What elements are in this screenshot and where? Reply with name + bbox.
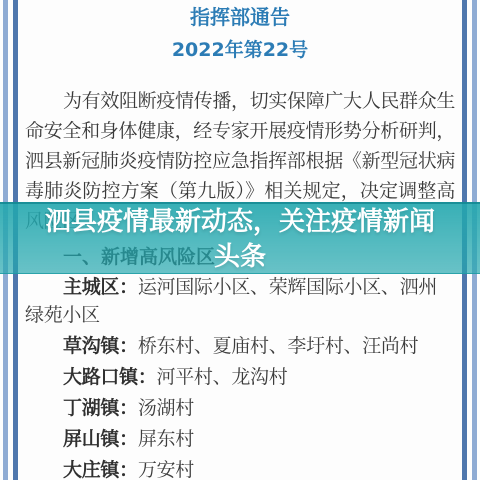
region-row: 丁湖镇：汤湖村 xyxy=(25,394,455,422)
region-places: 万安村 xyxy=(138,459,194,480)
region-row: 主城区：运河国际小区、荣辉国际小区、泗州绿苑小区 xyxy=(25,273,455,329)
region-label: 草沟镇 xyxy=(63,335,119,357)
notice-doc-number: 2022年第22号 xyxy=(25,38,455,62)
region-places: 屏东村 xyxy=(138,428,194,450)
region-label: 主城区 xyxy=(63,276,119,298)
region-label: 屏山镇 xyxy=(63,428,119,450)
notice-title: 指挥部通告 xyxy=(25,0,455,30)
region-colon: ： xyxy=(138,366,157,388)
high-risk-region-list: 主城区：运河国际小区、荣辉国际小区、泗州绿苑小区 草沟镇：桥东村、夏庙村、李圩村… xyxy=(25,273,455,480)
region-label: 丁湖镇 xyxy=(63,397,119,419)
region-places: 汤湖村 xyxy=(138,397,194,419)
region-row: 屏山镇：屏东村 xyxy=(25,425,455,453)
region-row: 大路口镇：河平村、龙沟村 xyxy=(25,363,455,391)
region-colon: ： xyxy=(119,428,138,450)
region-row: 草沟镇：桥东村、夏庙村、李圩村、汪尚村 xyxy=(25,332,455,360)
region-colon: ： xyxy=(119,459,138,480)
region-colon: ： xyxy=(119,397,138,419)
region-places: 桥东村、夏庙村、李圩村、汪尚村 xyxy=(138,335,419,357)
region-places: 河平村、龙沟村 xyxy=(157,366,288,388)
headline-overlay-banner[interactable]: 泗县疫情最新动态，关注疫情新闻头条 xyxy=(0,202,480,274)
region-colon: ： xyxy=(119,276,138,298)
region-colon: ： xyxy=(119,335,138,357)
region-label: 大路口镇 xyxy=(63,366,138,388)
notice-document-page: 指挥部通告 2022年第22号 为有效阻断疫情传播，切实保障广大人民群众生命安全… xyxy=(0,0,480,480)
headline-text: 泗县疫情最新动态，关注疫情新闻头条 xyxy=(36,204,444,275)
region-label: 大庄镇 xyxy=(63,459,119,480)
region-row: 大庄镇：万安村 xyxy=(25,456,455,480)
